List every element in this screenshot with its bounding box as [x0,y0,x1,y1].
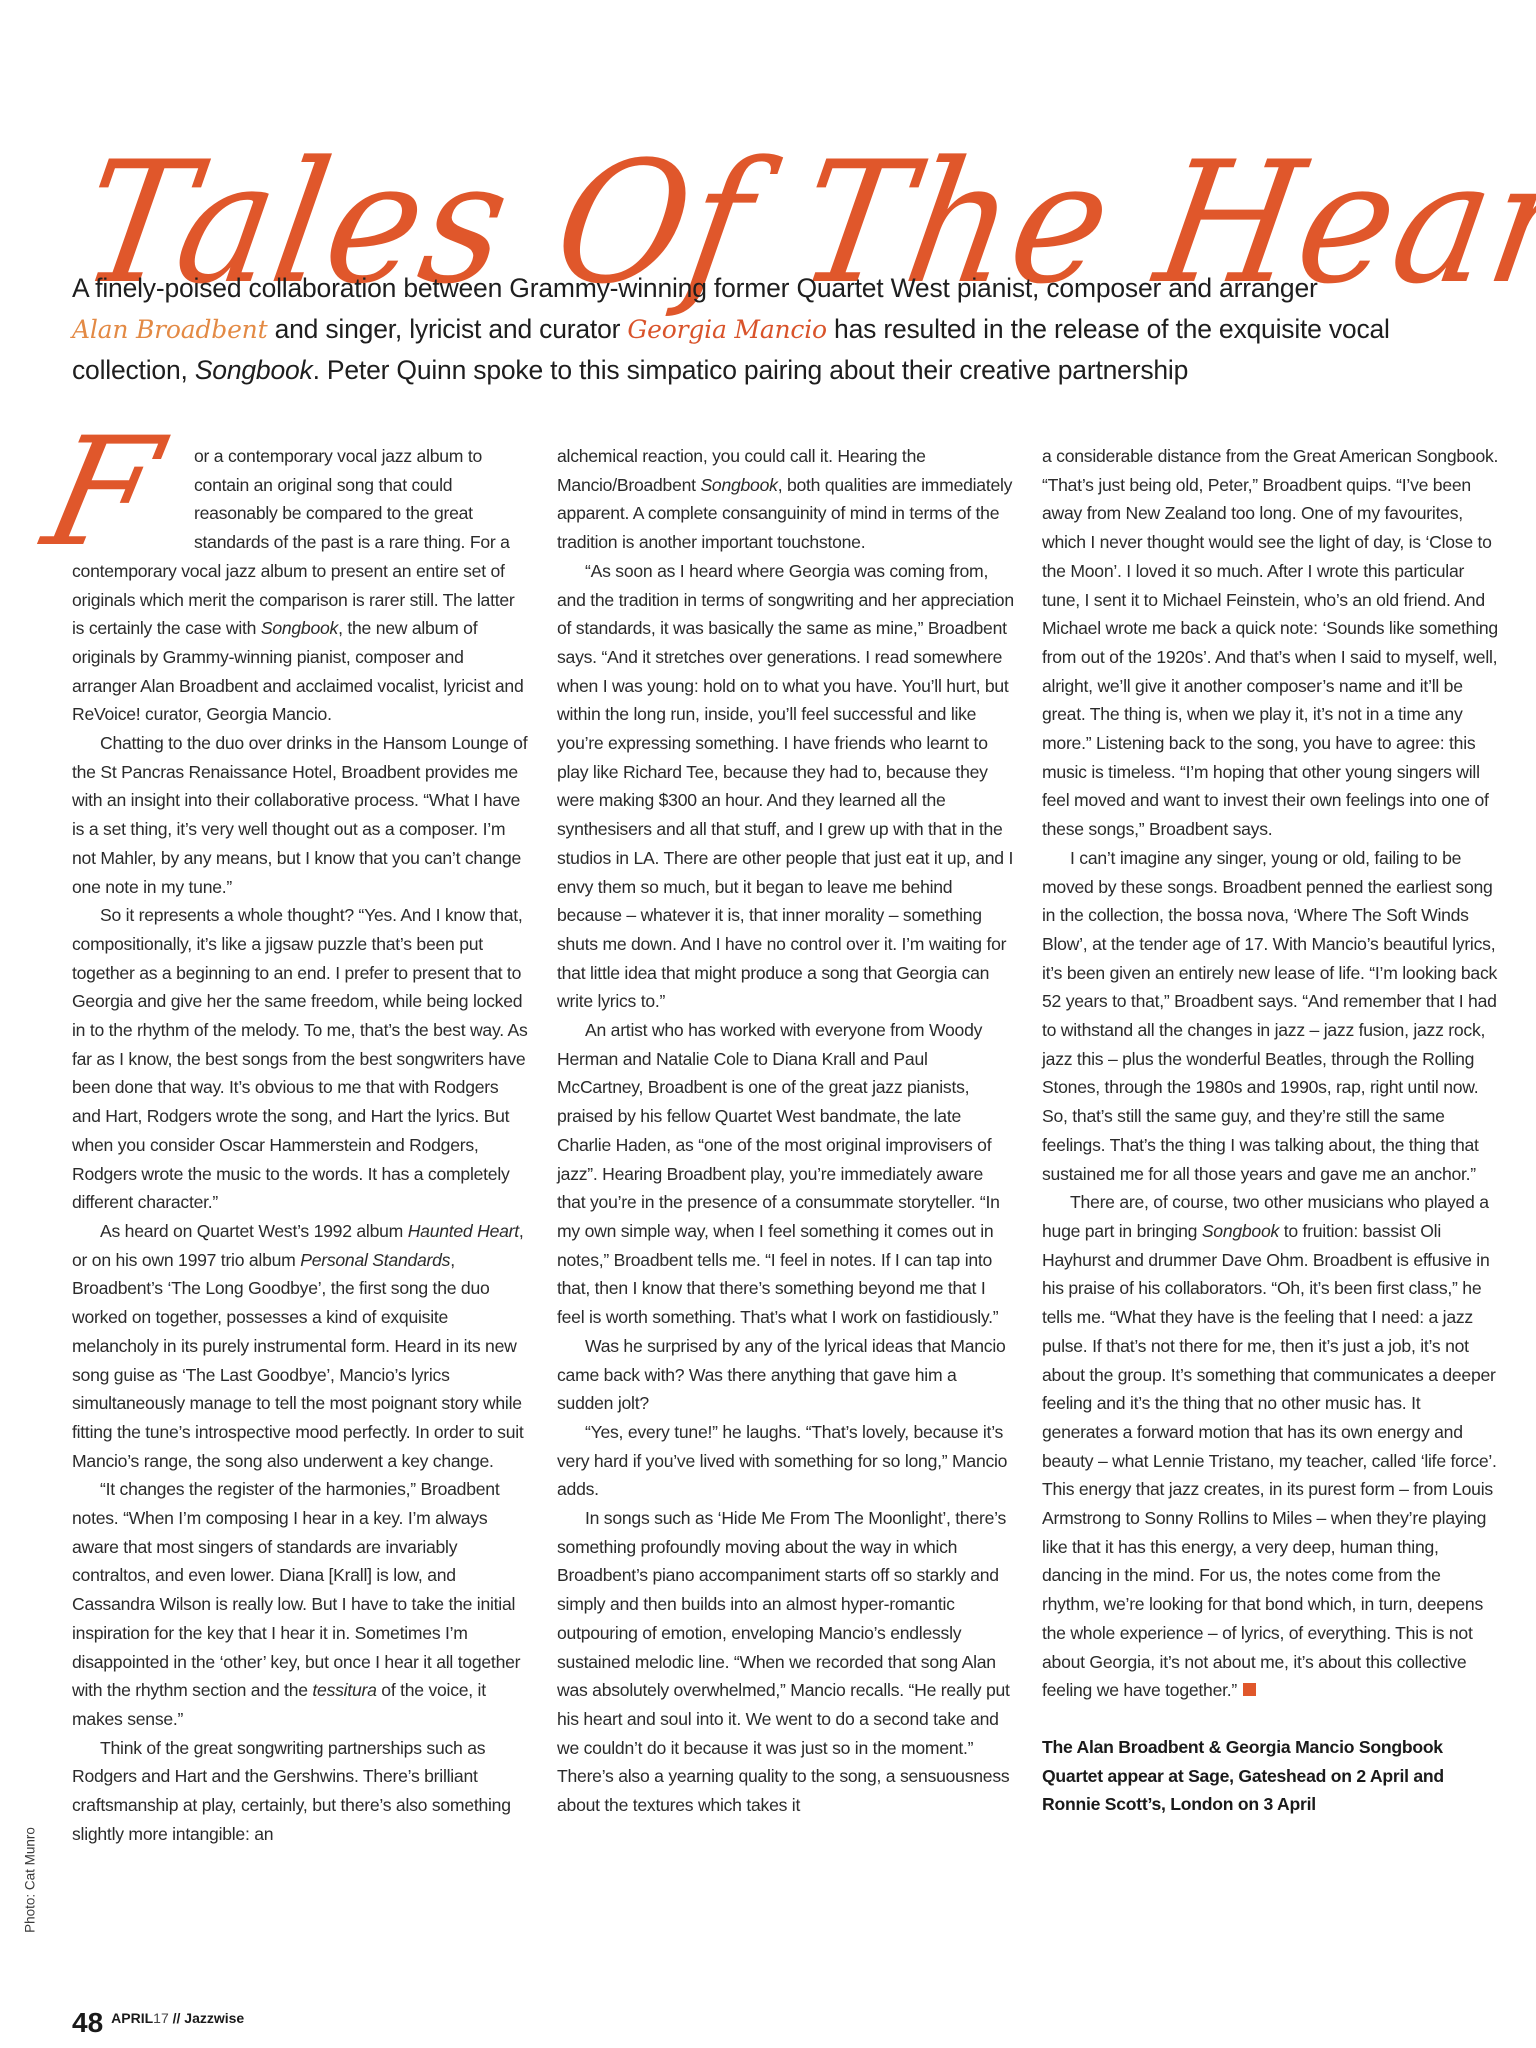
standfirst-line1: A finely-poised collaboration between Gr… [72,273,1318,303]
paragraph: So it represents a whole thought? “Yes. … [72,901,529,1217]
page-number: 48 [72,2008,103,2038]
paragraph: In songs such as ‘Hide Me From The Moonl… [557,1504,1014,1820]
paragraph: “Yes, every tune!” he laughs. “That’s lo… [557,1418,1014,1504]
standfirst: A finely-poised collaboration between Gr… [72,268,1492,391]
article-body: For a contemporary vocal jazz album to c… [72,442,1500,1972]
paragraph: “It changes the register of the harmonie… [72,1475,529,1733]
issue-year: 17 [153,2010,169,2026]
footer-separator: // [169,2010,185,2026]
issue-month: APRIL [111,2010,153,2026]
column-3: a considerable distance from the Great A… [1042,442,1499,1972]
album-title: Songbook [1202,1221,1279,1241]
paragraph: There are, of course, two other musician… [1042,1188,1499,1705]
photo-credit-text: Photo: Cat Munro [23,1827,38,1933]
photo-credit: Photo: Cat Munro [10,1800,50,1960]
album-title: Personal Standards [300,1250,450,1270]
italic-term: tessitura [312,1680,376,1700]
album-title: Songbook [261,618,338,638]
paragraph: alchemical reaction, you could call it. … [557,442,1014,557]
name-alan-broadbent: Alan Broadbent [72,315,267,344]
paragraph: As heard on Quartet West’s 1992 album Ha… [72,1217,529,1475]
text: “It changes the register of the harmonie… [72,1479,520,1700]
end-mark-icon [1243,1683,1256,1696]
page-footer: 48 APRIL17 // Jazzwise [72,2008,244,2038]
paragraph: a considerable distance from the Great A… [1042,442,1499,844]
text: As heard on Quartet West’s 1992 album [100,1221,408,1241]
album-title: Haunted Heart [408,1221,519,1241]
magazine-name: Jazzwise [184,2010,244,2026]
paragraph: I can’t imagine any singer, young or old… [1042,844,1499,1188]
paragraph: An artist who has worked with everyone f… [557,1016,1014,1332]
paragraph: “As soon as I heard where Georgia was co… [557,557,1014,1016]
standfirst-mid: and singer, lyricist and curator [267,314,627,344]
standfirst-end: . Peter Quinn spoke to this simpatico pa… [313,355,1189,385]
album-title: Songbook [700,475,777,495]
drop-cap: F [37,434,202,552]
paragraph: For a contemporary vocal jazz album to c… [72,442,529,729]
name-georgia-mancio: Georgia Mancio [627,315,826,344]
issue-info: APRIL17 // Jazzwise [111,2010,244,2026]
gig-info: The Alan Broadbent & Georgia Mancio Song… [1042,1733,1499,1819]
paragraph: Was he surprised by any of the lyrical i… [557,1332,1014,1418]
album-title: Songbook [195,355,313,385]
text: to fruition: bassist Oli Hayhurst and dr… [1042,1221,1497,1700]
column-2: alchemical reaction, you could call it. … [557,442,1014,1972]
paragraph: Chatting to the duo over drinks in the H… [72,729,529,901]
text: , Broadbent’s ‘The Long Goodbye’, the fi… [72,1250,524,1471]
paragraph: Think of the great songwriting partnersh… [72,1734,529,1849]
column-1: For a contemporary vocal jazz album to c… [72,442,529,1972]
